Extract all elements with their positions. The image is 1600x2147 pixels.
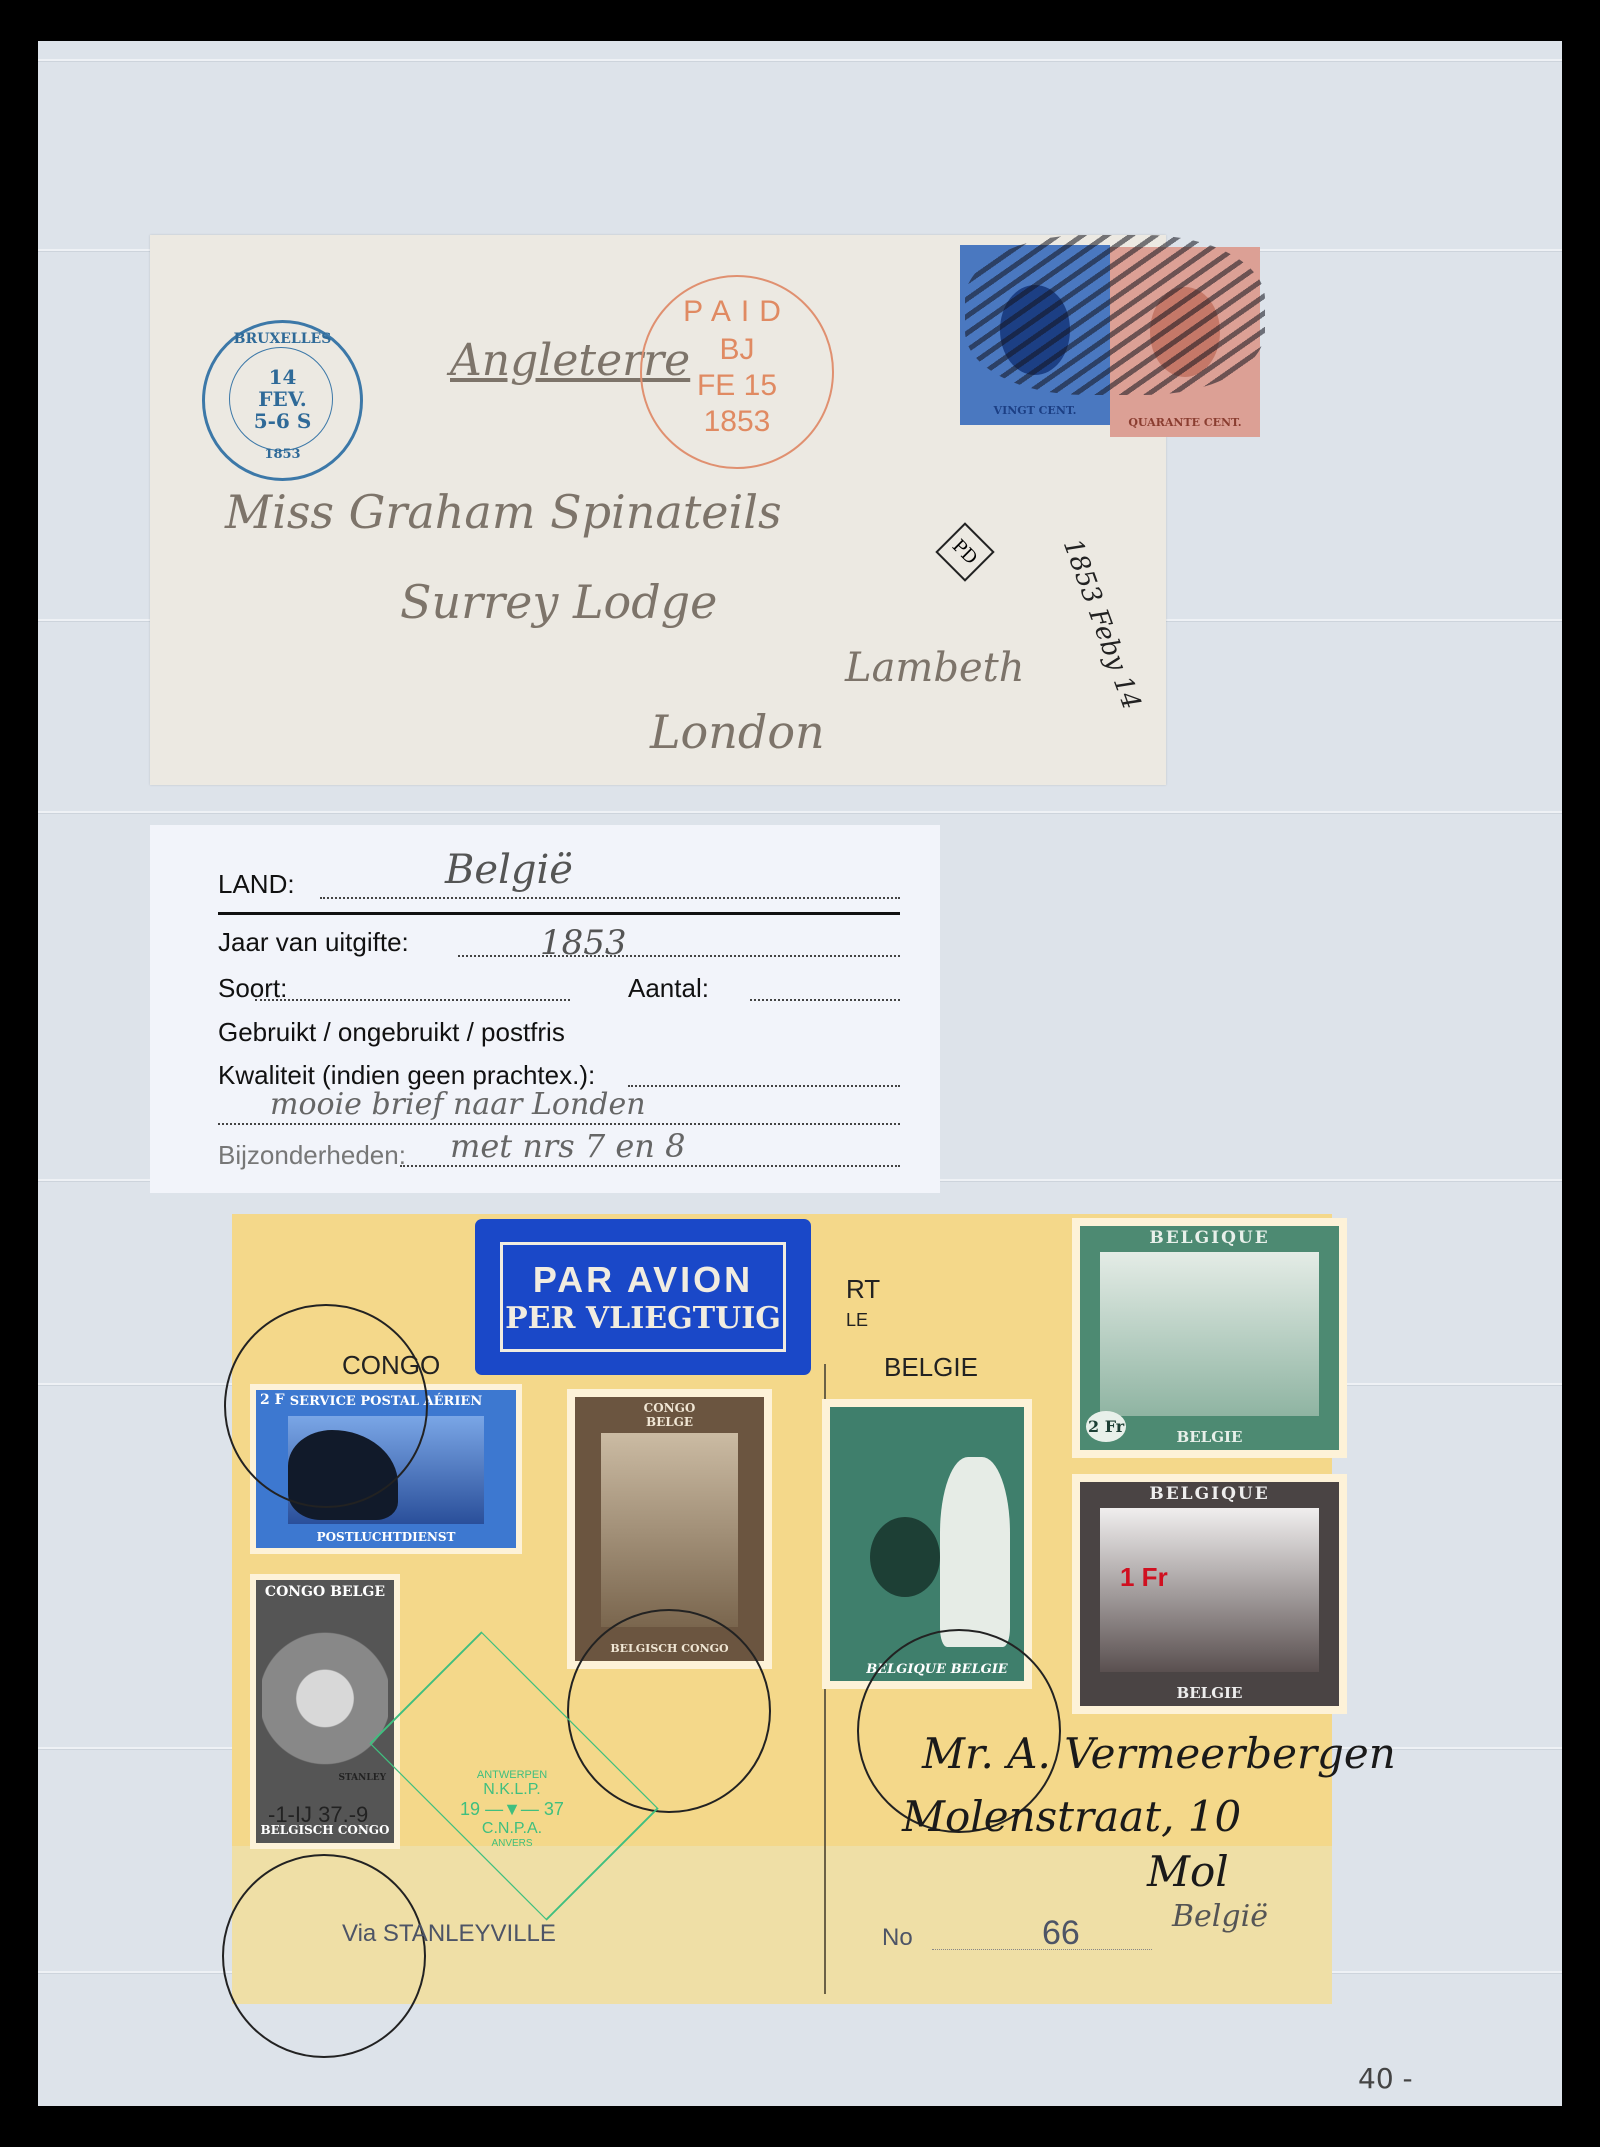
album-strip — [38, 811, 1562, 814]
stanleyville-postmark — [224, 1304, 428, 1508]
label-land-value: België — [445, 847, 573, 893]
card-address-line-3: Mol — [1147, 1847, 1229, 1896]
label-year: Jaar van uitgifte: — [218, 927, 409, 958]
label-land: LAND: — [218, 869, 295, 900]
address-line-3: Lambeth — [845, 645, 1024, 691]
airmail-etiquette: PAR AVION PER VLIEGTUIG — [478, 1222, 808, 1372]
partial-text-2: LE — [846, 1310, 868, 1331]
number-label: No — [882, 1924, 913, 1952]
card-address-line-1: Mr. A. Vermeerbergen — [922, 1729, 1396, 1778]
route-text: Via STANLEYVILLE — [342, 1920, 556, 1948]
card-address-line-2: Molenstraat, 10 — [902, 1792, 1241, 1841]
description-label: LAND: België Jaar van uitgifte: 1853 Soo… — [150, 825, 940, 1193]
address-line-1: Miss Graham Spinateils — [225, 485, 782, 539]
address-line-2: Surrey Lodge — [400, 575, 717, 629]
price-note: 40 - — [1358, 2062, 1413, 2095]
card-address-line-4: België — [1172, 1899, 1268, 1934]
stanleyville-postmark — [222, 1854, 426, 2058]
address-line-4: London — [650, 705, 825, 759]
label-details: Bijzonderheden: — [218, 1140, 406, 1171]
label-quality-value: mooie brief naar Londen — [270, 1087, 646, 1122]
cachet-text: ANTWERPEN N.K.L.P. 19 —▼— 37 C.N.P.A. AN… — [392, 1769, 632, 1849]
album-strip — [38, 59, 1562, 62]
label-details-value: met nrs 7 en 8 — [450, 1127, 685, 1165]
label-count: Aantal: — [628, 973, 709, 1004]
bruxelles-postmark: BRUXELLES 14 FEV. 5-6 S 1853 — [202, 320, 363, 481]
partial-text-1: RT — [846, 1274, 880, 1305]
belgie-heading: BELGIE — [884, 1352, 978, 1383]
label-condition: Gebruikt / ongebruikt / postfris — [218, 1017, 565, 1048]
airmail-card-1937[interactable]: PAR AVION PER VLIEGTUIG RT LE CONGO BELG… — [232, 1214, 1332, 2004]
stamp-belgique-1fr-st-hubert: BELGIQUE 1 Fr BELGIE — [1072, 1474, 1347, 1714]
paid-postmark: PAID BJ FE 15 1853 — [640, 275, 834, 469]
numeral-cancel — [965, 235, 1265, 395]
pd-mark: PD — [935, 522, 994, 581]
number-value: 66 — [1042, 1914, 1080, 1953]
label-year-value: 1853 — [540, 923, 627, 963]
cover-1853[interactable]: BRUXELLES 14 FEV. 5-6 S 1853 Angleterre … — [150, 235, 1166, 785]
stamp-belgique-2fr-namur: BELGIQUE BELGIE 2 Fr — [1072, 1218, 1347, 1458]
postmark-date: -1-IJ 37.-9 — [268, 1802, 368, 1828]
side-note: 1853 Feby 14 — [1057, 535, 1146, 714]
